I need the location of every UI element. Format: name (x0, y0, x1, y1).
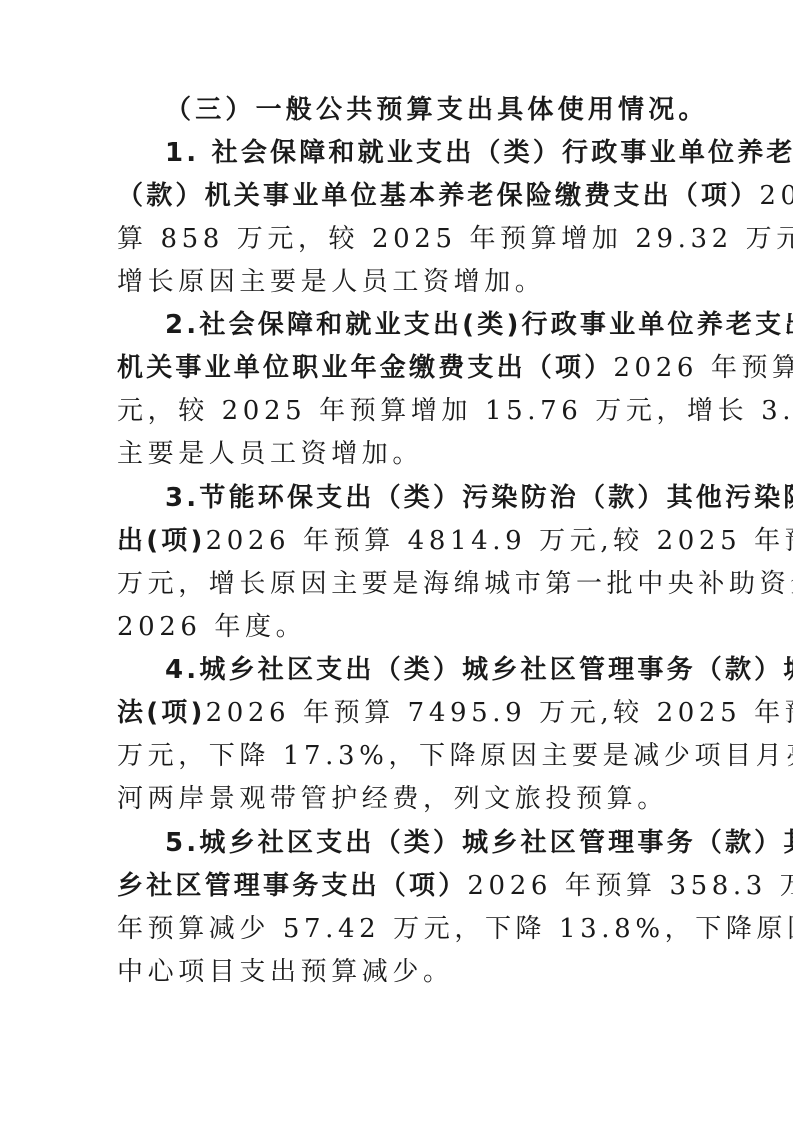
item-1-line-2: （款）机关事业单位基本养老保险缴费支出（项）2026 年预 (117, 179, 679, 213)
item-2-title: 2.社会保障和就业支出(类)行政事业单位养老支出(款) (165, 310, 793, 340)
item-5-text: 年预算减少 57.42 万元，下降 13.8%，下降原因主要是物管 (117, 914, 793, 944)
item-2-text: 元，较 2025 年预算增加 15.76 万元，增长 3.8%，增长原因 (117, 396, 793, 426)
item-4-text: 2026 年预算 7495.9 万元,较 2025 年预算减少 1570.3 (206, 698, 793, 728)
item-1-text: 2026 年预 (759, 181, 793, 211)
item-3-text: 2026 年度。 (117, 612, 306, 642)
item-1-line-1: 1. 社会保障和就业支出（类）行政事业单位养老支出 (165, 136, 679, 170)
item-4-title-cont: 法(项) (117, 698, 206, 728)
item-2-text: 主要是人员工资增加。 (117, 439, 423, 469)
section-heading: （三）一般公共预算支出具体使用情况。 (165, 93, 679, 127)
item-1-title: 1. 社会保障和就业支出（类）行政事业单位养老支出 (165, 138, 793, 168)
item-1-title-cont: （款）机关事业单位基本养老保险缴费支出（项） (117, 181, 759, 211)
item-4-text: 万元，下降 17.3%，下降原因主要是减少项目月亮岛及老淠 (117, 741, 793, 771)
item-4-line-2: 法(项)2026 年预算 7495.9 万元,较 2025 年预算减少 1570… (117, 696, 679, 730)
item-3-text: 万元，增长原因主要是海绵城市第一批中央补助资金结转至 (117, 569, 793, 599)
item-2-line-1: 2.社会保障和就业支出(类)行政事业单位养老支出(款) (165, 308, 679, 342)
item-3-text: 2026 年预算 4814.9 万元,较 2025 年预算增加 4814.9 (206, 526, 793, 556)
item-1-line-4: 增长原因主要是人员工资增加。 (117, 265, 679, 299)
item-3-title: 3.节能环保支出（类）污染防治（款）其他污染防治支 (165, 483, 793, 513)
item-5-line-2: 乡社区管理事务支出（项）2026 年预算 358.3 万元，较 2025 (117, 869, 679, 903)
item-3-line-2: 出(项)2026 年预算 4814.9 万元,较 2025 年预算增加 4814… (117, 524, 679, 558)
item-2-text: 2026 年预算 430.1 万 (613, 353, 793, 383)
item-5-line-4: 中心项目支出预算减少。 (117, 955, 679, 989)
item-5-line-1: 5.城乡社区支出（类）城乡社区管理事务（款）其他城 (165, 826, 679, 860)
item-4-line-4: 河两岸景观带管护经费，列文旅投预算。 (117, 782, 679, 816)
item-5-line-3: 年预算减少 57.42 万元，下降 13.8%，下降原因主要是物管 (117, 912, 679, 946)
item-4-text: 河两岸景观带管护经费，列文旅投预算。 (117, 784, 668, 814)
item-5-text: 2026 年预算 358.3 万元，较 2025 (467, 871, 793, 901)
item-2-title-cont: 机关事业单位职业年金缴费支出（项） (117, 353, 613, 383)
item-1-text: 增长原因主要是人员工资增加。 (117, 267, 545, 297)
item-4-line-3: 万元，下降 17.3%，下降原因主要是减少项目月亮岛及老淠 (117, 739, 679, 773)
item-3-line-4: 2026 年度。 (117, 610, 679, 644)
item-3-title-cont: 出(项) (117, 526, 206, 556)
item-1-text: 算 858 万元，较 2025 年预算增加 29.32 万元，增长 3.5%， (117, 224, 793, 254)
item-2-line-2: 机关事业单位职业年金缴费支出（项）2026 年预算 430.1 万 (117, 351, 679, 385)
item-2-line-3: 元，较 2025 年预算增加 15.76 万元，增长 3.8%，增长原因 (117, 394, 679, 428)
item-2-line-4: 主要是人员工资增加。 (117, 437, 679, 471)
item-5-title-cont: 乡社区管理事务支出（项） (117, 871, 467, 901)
document-page: （三）一般公共预算支出具体使用情况。 1. 社会保障和就业支出（类）行政事业单位… (0, 0, 793, 1122)
item-4-title: 4.城乡社区支出（类）城乡社区管理事务（款）城管执 (165, 655, 793, 685)
item-5-text: 中心项目支出预算减少。 (117, 957, 454, 987)
item-3-line-1: 3.节能环保支出（类）污染防治（款）其他污染防治支 (165, 481, 679, 515)
item-4-line-1: 4.城乡社区支出（类）城乡社区管理事务（款）城管执 (165, 653, 679, 687)
item-5-title: 5.城乡社区支出（类）城乡社区管理事务（款）其他城 (165, 828, 793, 858)
item-3-line-3: 万元，增长原因主要是海绵城市第一批中央补助资金结转至 (117, 567, 679, 601)
item-1-line-3: 算 858 万元，较 2025 年预算增加 29.32 万元，增长 3.5%， (117, 222, 679, 256)
